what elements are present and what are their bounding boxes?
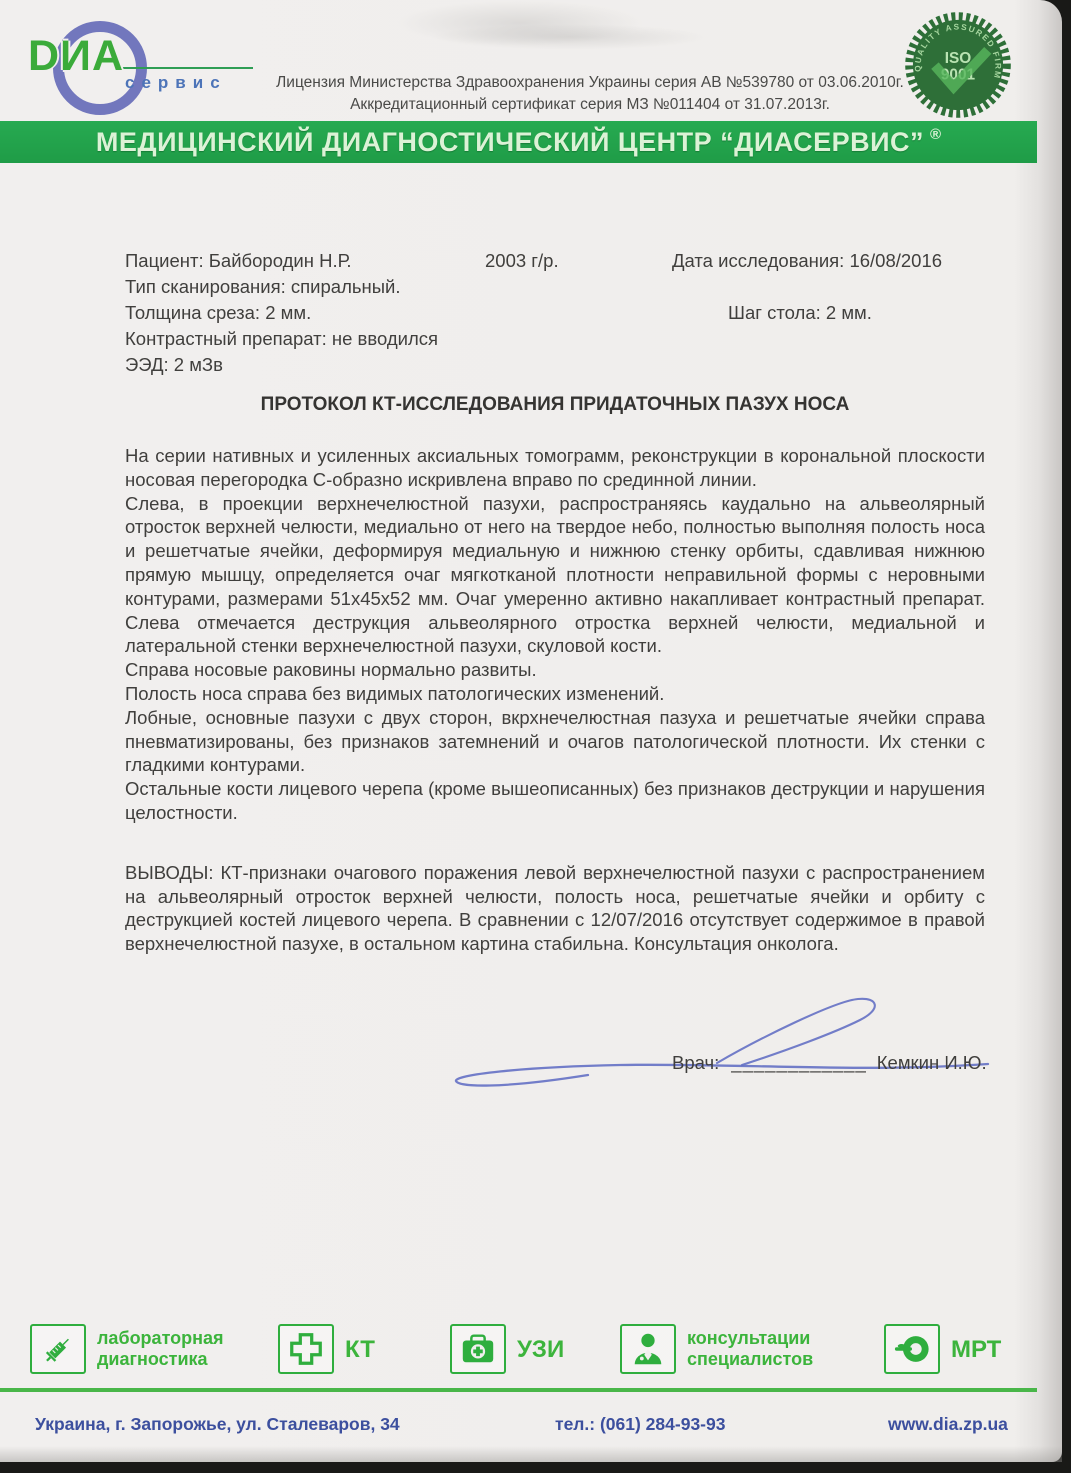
website-text: www.dia.zp.ua	[888, 1414, 1008, 1435]
logo-underline	[119, 67, 253, 69]
service-ct: КТ	[278, 1324, 375, 1374]
diaservis-logo: DИА сервис	[20, 12, 300, 117]
service-ultrasound: УЗИ	[450, 1324, 564, 1374]
service-specialist-consult: консультации специалистов	[620, 1324, 837, 1374]
service-label: КТ	[345, 1339, 375, 1360]
info-row: Тип сканирования: спиральный.	[125, 276, 995, 302]
center-name-banner: МЕДИЦИНСКИЙ ДИАГНОСТИЧЕСКИЙ ЦЕНТР “ДИАСЕ…	[0, 121, 1037, 163]
paragraph: На серии нативных и усиленных аксиальных…	[125, 444, 985, 492]
scan-edge-bottom	[0, 1446, 1062, 1462]
service-lab-diagnostics: лабораторная диагностика	[30, 1324, 247, 1374]
syringe-icon	[30, 1324, 86, 1374]
info-row: ЭЭД: 2 мЗв	[125, 354, 995, 380]
doctor-icon	[620, 1324, 676, 1374]
logo-text-servis: сервис	[125, 73, 227, 93]
info-row: Толщина среза: 2 мм. Шаг стола: 2 мм.	[125, 302, 995, 328]
address-text: Украина, г. Запорожье, ул. Сталеваров, 3…	[35, 1414, 400, 1435]
service-label: консультации специалистов	[687, 1328, 837, 1370]
signature-blank: ____________	[731, 1052, 866, 1073]
scanned-medical-report: { "header": { "logo_dia": "DИА", "logo_s…	[0, 0, 1071, 1473]
paragraph: Справа носовые раковины нормально развит…	[125, 658, 985, 682]
service-label: лабораторная диагностика	[97, 1328, 247, 1370]
slice-thickness: Толщина среза: 2 мм.	[125, 302, 311, 324]
first-aid-kit-icon	[450, 1324, 506, 1374]
registered-mark: ®	[930, 126, 941, 143]
mri-icon	[884, 1324, 940, 1374]
doctor-name: Кемкин И.Ю.	[877, 1052, 987, 1073]
patient-name: Пациент: Байбородин Н.Р.	[125, 250, 352, 272]
center-name: МЕДИЦИНСКИЙ ДИАГНОСТИЧЕСКИЙ ЦЕНТР “ДИАСЕ…	[96, 127, 924, 158]
iso-9001-seal-icon: QUALITY ASSURED FIRM ISO 9001	[903, 10, 1013, 120]
protocol-body: На серии нативных и усиленных аксиальных…	[125, 444, 985, 956]
license-line-2: Аккредитационный сертификат серия МЗ №01…	[260, 94, 920, 116]
conclusion-paragraph: ВЫВОДЫ: КТ-признаки очагового поражения …	[125, 861, 985, 956]
paragraph: Полость носа справа без видимых патологи…	[125, 682, 985, 706]
service-mri: МРТ	[884, 1324, 1001, 1374]
paragraph: Слева, в проекции верхнечелюстной пазухи…	[125, 492, 985, 659]
phone-text: тел.: (061) 284-93-93	[555, 1414, 725, 1435]
ct-cross-icon	[278, 1324, 334, 1374]
paragraph: Лобные, основные пазухи с двух сторон, в…	[125, 706, 985, 777]
scan-type: Тип сканирования: спиральный.	[125, 276, 401, 298]
doctor-label: Врач:	[672, 1052, 719, 1073]
footer-divider	[0, 1388, 1037, 1392]
study-date: Дата исследования: 16/08/2016	[672, 250, 942, 272]
signature-stroke	[440, 993, 1000, 1093]
info-row: Пациент: Байбородин Н.Р. 2003 г/р. Дата …	[125, 250, 995, 276]
paper-sheet: DИА сервис Лицензия Министерства Здравоо…	[0, 0, 1062, 1462]
protocol-title: ПРОТОКОЛ КТ-ИССЛЕДОВАНИЯ ПРИДАТОЧНЫХ ПАЗ…	[125, 394, 985, 416]
birth-year: 2003 г/р.	[485, 250, 559, 272]
license-line-1: Лицензия Министерства Здравоохранения Ук…	[260, 72, 920, 94]
service-label: УЗИ	[517, 1339, 564, 1360]
services-row: лабораторная диагностика КТ УЗИ	[0, 1324, 1037, 1386]
doctor-signature-line: Врач:____________Кемкин И.Ю.	[672, 1052, 987, 1074]
scan-smudge	[430, 24, 710, 50]
contrast-agent: Контрастный препарат: не вводился	[125, 328, 438, 350]
svg-text:ISO: ISO	[945, 50, 972, 67]
eed-dose: ЭЭД: 2 мЗв	[125, 354, 223, 376]
paragraph: Остальные кости лицевого черепа (кроме в…	[125, 777, 985, 825]
service-label: МРТ	[951, 1339, 1001, 1360]
license-block: Лицензия Министерства Здравоохранения Ук…	[260, 72, 920, 116]
patient-info: Пациент: Байбородин Н.Р. 2003 г/р. Дата …	[125, 250, 995, 380]
logo-text-dia: DИА	[28, 32, 124, 81]
info-row: Контрастный препарат: не вводился	[125, 328, 995, 354]
table-step: Шаг стола: 2 мм.	[728, 302, 872, 324]
